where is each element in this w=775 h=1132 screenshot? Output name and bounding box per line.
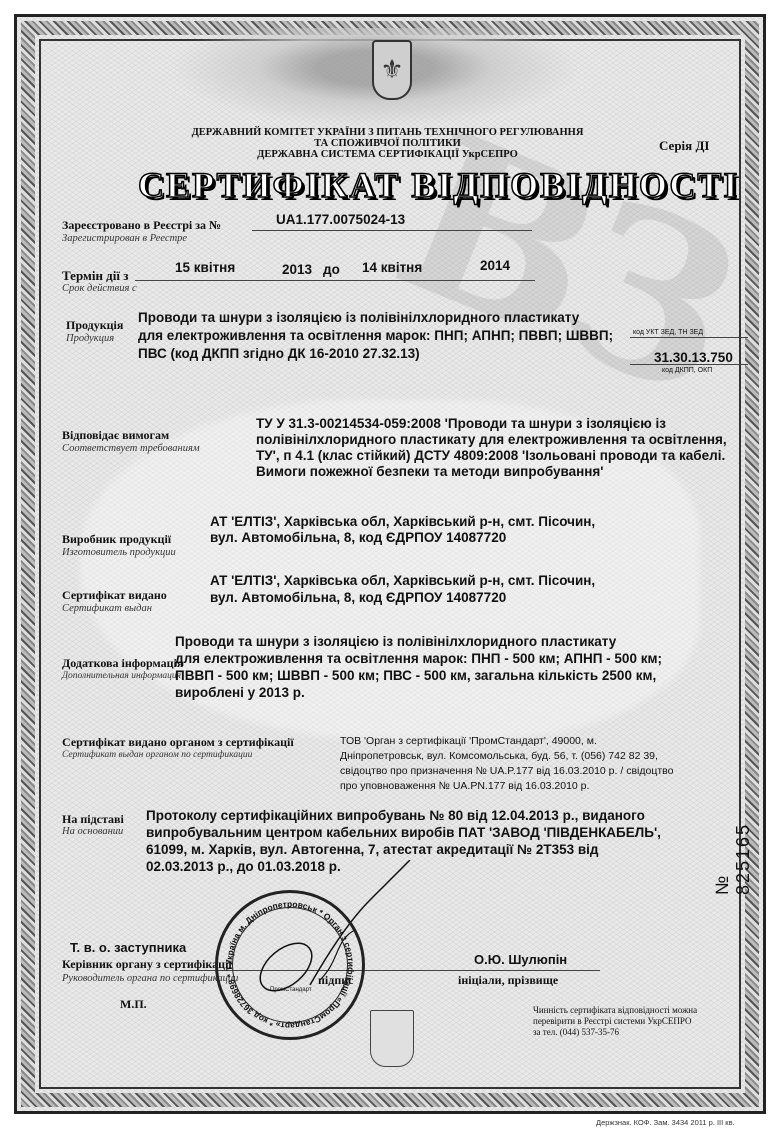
stamp-outer-text: Україна м. Дніпропетровськ * Орган з сер… — [218, 893, 356, 1031]
product-line-2: для електроживлення та освітлення марок:… — [138, 328, 613, 344]
validity-to-year: 2014 — [480, 258, 510, 274]
product-line-1: Проводи та шнури з ізоляцією із полівіні… — [138, 310, 579, 326]
issuing-body-line-2: Дніпропетровськ, вул. Комсомольська, буд… — [340, 749, 658, 765]
basis-line-2: випробувальним центром кабельних виробів… — [146, 825, 661, 841]
issued-to-line-2: вул. Автомобільна, 8, код ЄДРПОУ 1408772… — [210, 590, 506, 606]
svg-text:Україна м. Дніпропетровськ * О: Україна м. Дніпропетровськ * Орган з сер… — [218, 893, 356, 1031]
requirements-label: Відповідає вимогам — [62, 428, 169, 443]
additional-info-label-ru: Дополнительная информация — [62, 671, 181, 681]
issuing-body-label-ru: Сертификат выдан органом по сертификации — [62, 750, 252, 760]
certificate-title: СЕРТИФІКАТ ВІДПОВІДНОСТІ — [138, 164, 739, 206]
position-line-1: Т. в. о. заступника — [70, 940, 186, 955]
name-label: ініціали, прізвище — [458, 973, 558, 988]
manufacturer-label: Виробник продукції — [62, 532, 171, 547]
manufacturer-line-2: вул. Автомобільна, 8, код ЄДРПОУ 1408772… — [210, 530, 506, 546]
registry-label-ru: Зарегистрирован в Реестре — [62, 233, 187, 244]
stamp-center-text: ПромСтандарт — [270, 987, 312, 993]
product-label: Продукція — [66, 318, 123, 333]
code-label-top: код УКТ ЗЕД, ТН ЗЕД — [633, 329, 703, 336]
verification-line-1: Чинність сертифіката відповідності можна — [533, 1005, 697, 1016]
serial-number: № 825165 — [712, 823, 754, 895]
issued-to-label: Сертифікат видано — [62, 588, 167, 603]
code-label-bottom: код ДКПП, ОКП — [662, 367, 712, 374]
requirements-line-2: полівінілхлоридного пластикату для елект… — [256, 432, 727, 448]
requirements-line-4: Вимоги пожежної безпеки та методи випроб… — [256, 464, 604, 480]
signatory-name: О.Ю. Шулюпін — [474, 952, 567, 967]
validity-label: Термін дії з — [62, 268, 128, 284]
validity-from-year: 2013 — [282, 262, 312, 278]
issued-to-label-ru: Сертификат выдан — [62, 603, 152, 614]
validity-to-word: до — [323, 262, 340, 278]
additional-info-label: Додаткова інформація — [62, 656, 183, 671]
manufacturer-line-1: АТ 'ЕЛТІЗ', Харківська обл, Харківський … — [210, 514, 595, 530]
product-label-ru: Продукция — [66, 333, 114, 344]
position-label-ru: Руководитель органа по сертификации — [62, 973, 238, 984]
requirements-line-3: ТУ', п 4.1 (клас стійкий) ДСТУ 4809:2008… — [256, 448, 725, 464]
issuing-body-line-1: ТОВ 'Орган з сертифікації 'ПромСтандарт'… — [340, 734, 597, 750]
verification-line-2: перевірити в Реєстрі системи УкрСЕПРО — [533, 1016, 691, 1027]
additional-info-line-2: для електроживлення та освітлення марок:… — [175, 651, 662, 667]
verification-line-3: за тел. (044) 537-35-76 — [533, 1027, 619, 1038]
issued-to-line-1: АТ 'ЕЛТІЗ', Харківська обл, Харківський … — [210, 573, 595, 589]
validity-label-ru: Срок действия с — [62, 283, 137, 294]
product-line-3: ПВС (код ДКПП згідно ДК 16-2010 27.32.13… — [138, 346, 420, 362]
additional-info-line-1: Проводи та шнури з ізоляцією із полівіні… — [175, 634, 616, 650]
printer-note: Держзнак. КОФ. Зам. 3434 2011 р. ІІІ кв. — [596, 1118, 735, 1127]
basis-label: На підставі — [62, 812, 124, 827]
additional-info-line-4: вироблені у 2013 р. — [175, 685, 305, 701]
bottom-shield-emblem — [370, 1010, 414, 1067]
registry-number: UA1.177.0075024-13 — [276, 212, 405, 228]
seal-label: М.П. — [120, 997, 147, 1012]
validity-to-date: 14 квітня — [362, 260, 422, 276]
registry-label: Зареєстровано в Реєстрі за № — [62, 218, 221, 233]
issuing-body-line-4: про уповноваження № UA.PN.177 від 16.03.… — [340, 779, 589, 795]
trident-crest-icon: ⚜ — [372, 40, 412, 100]
validity-from-date: 15 квітня — [175, 260, 235, 276]
additional-info-line-3: ПВВП - 500 км; ШВВП - 500 км; ПВС - 500 … — [175, 668, 656, 684]
issuing-body-line-3: свідоцтво про призначення № UA.P.177 від… — [340, 764, 673, 780]
requirements-label-ru: Соответствует требованиям — [62, 443, 200, 454]
header-line-1: ДЕРЖАВНИЙ КОМІТЕТ УКРАЇНИ З ПИТАНЬ ТЕХНІ… — [0, 127, 775, 138]
official-stamp: Україна м. Дніпропетровськ * Орган з сер… — [215, 890, 365, 1040]
manufacturer-label-ru: Изготовитель продукции — [62, 547, 176, 558]
issuing-body-label: Сертифікат видано органом з сертифікації — [62, 735, 294, 750]
requirements-line-1: ТУ У 31.3-00214534-059:2008 'Проводи та … — [256, 416, 666, 432]
basis-line-3: 61099, м. Харків, вул. Автогенна, 7, ате… — [146, 842, 598, 858]
basis-label-ru: На основании — [62, 826, 123, 837]
series-label: Серія ДІ — [659, 138, 709, 154]
basis-line-1: Протоколу сертифікаційних випробувань № … — [146, 808, 645, 824]
